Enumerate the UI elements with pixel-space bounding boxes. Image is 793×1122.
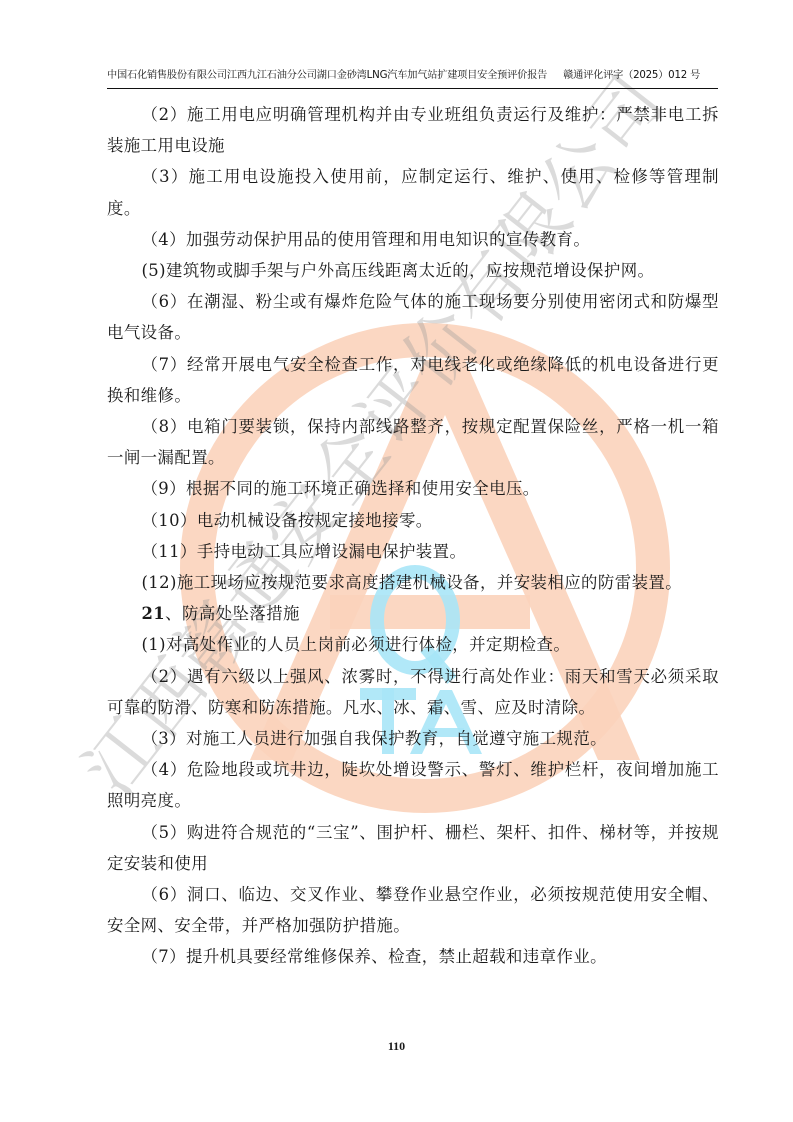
section-heading: 21、防高处坠落措施 (107, 598, 719, 629)
paragraph: (5)建筑物或脚手架与户外高压线距离太近的，应按规范增设保护网。 (107, 255, 719, 286)
paragraph: （9）根据不同的施工环境正确选择和使用安全电压。 (107, 473, 719, 504)
paragraph: （2）遇有六级以上强风、浓雾时，不得进行高处作业：雨天和雪天必须采取可靠的防滑、… (107, 661, 719, 723)
page-number: 110 (0, 1039, 793, 1054)
paragraph: （5）购进符合规范的“三宝”、围护杆、栅栏、架杆、扣件、梯材等，并按规定安装和使… (107, 817, 719, 879)
paragraph: （10）电动机械设备按规定接地接零。 (107, 505, 719, 536)
header-report-title: 中国石化销售股份有限公司江西九江石油分公司湖口金砂湾LNG汽车加气站扩建项目安全… (107, 70, 547, 81)
section-number: 21 (141, 604, 165, 623)
document-body: （2）施工用电应明确管理机构并由专业班组负责运行及维护：严禁非电工拆装施工用电设… (107, 99, 719, 973)
page-header: 中国石化销售股份有限公司江西九江石油分公司湖口金砂湾LNG汽车加气站扩建项目安全… (107, 66, 717, 81)
header-divider (107, 88, 718, 89)
paragraph: （6）在潮湿、粉尘或有爆炸危险气体的施工现场要分别使用密闭式和防爆型电气设备。 (107, 286, 719, 348)
paragraph: （11）手持电动工具应增设漏电保护装置。 (107, 536, 719, 567)
paragraph: （4）加强劳动保护用品的使用管理和用电知识的宣传教育。 (107, 224, 719, 255)
paragraph: （7）提升机具要经常维修保养、检查，禁止超载和违章作业。 (107, 941, 719, 972)
paragraph: (12)施工现场应按规范要求高度搭建机械设备，并安装相应的防雷装置。 (107, 567, 719, 598)
paragraph: （2）施工用电应明确管理机构并由专业班组负责运行及维护：严禁非电工拆装施工用电设… (107, 99, 719, 161)
paragraph: （7）经常开展电气安全检查工作，对电线老化或绝缘降低的机电设备进行更换和维修。 (107, 349, 719, 411)
section-title: 、防高处坠落措施 (165, 604, 300, 623)
paragraph: （4）危险地段或坑井边，陡坎处增设警示、警灯、维护栏杆，夜间增加施工照明亮度。 (107, 754, 719, 816)
paragraph: （3）对施工人员进行加强自我保护教育，自觉遵守施工规范。 (107, 723, 719, 754)
paragraph: (1)对高处作业的人员上岗前必须进行体检，并定期检查。 (107, 629, 719, 660)
header-doc-number: 赣通评化评字（2025）012 号 (563, 70, 700, 81)
paragraph: （8）电箱门要装锁，保持内部线路整齐，按规定配置保险丝，严格一机一箱一闸一漏配置… (107, 411, 719, 473)
paragraph: （6）洞口、临边、交叉作业、攀登作业悬空作业，必须按规范使用安全帽、安全网、安全… (107, 879, 719, 941)
paragraph: （3）施工用电设施投入使用前，应制定运行、维护、使用、检修等管理制度。 (107, 161, 719, 223)
